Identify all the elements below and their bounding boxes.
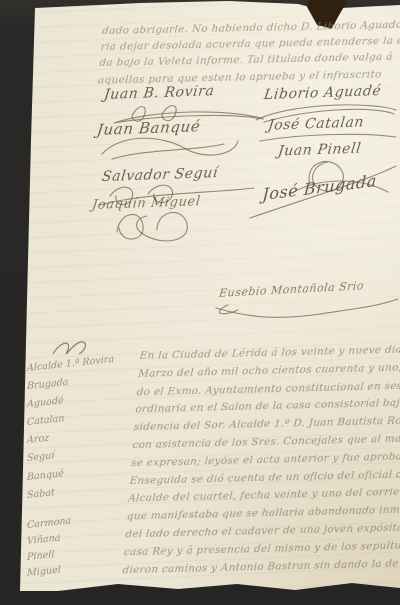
signature-rubric-icon: [95, 208, 247, 244]
signature-rubric-icon: [92, 133, 244, 163]
manuscript-photo: dado abrigarle. No habiendo dicho D. Lib…: [0, 0, 400, 605]
top-paragraph: dado abrigarle. No habiendo dicho D. Lib…: [97, 17, 400, 88]
signature-flourish-icon: [248, 150, 400, 222]
body-paragraph: En la Ciudad de Lérida á los veinte y nu…: [122, 341, 400, 579]
signature-flourish-icon: [208, 294, 400, 318]
margin-attendee-list: Alcalde 1.º Rovira Brugada Aguadé Catala…: [27, 338, 127, 584]
